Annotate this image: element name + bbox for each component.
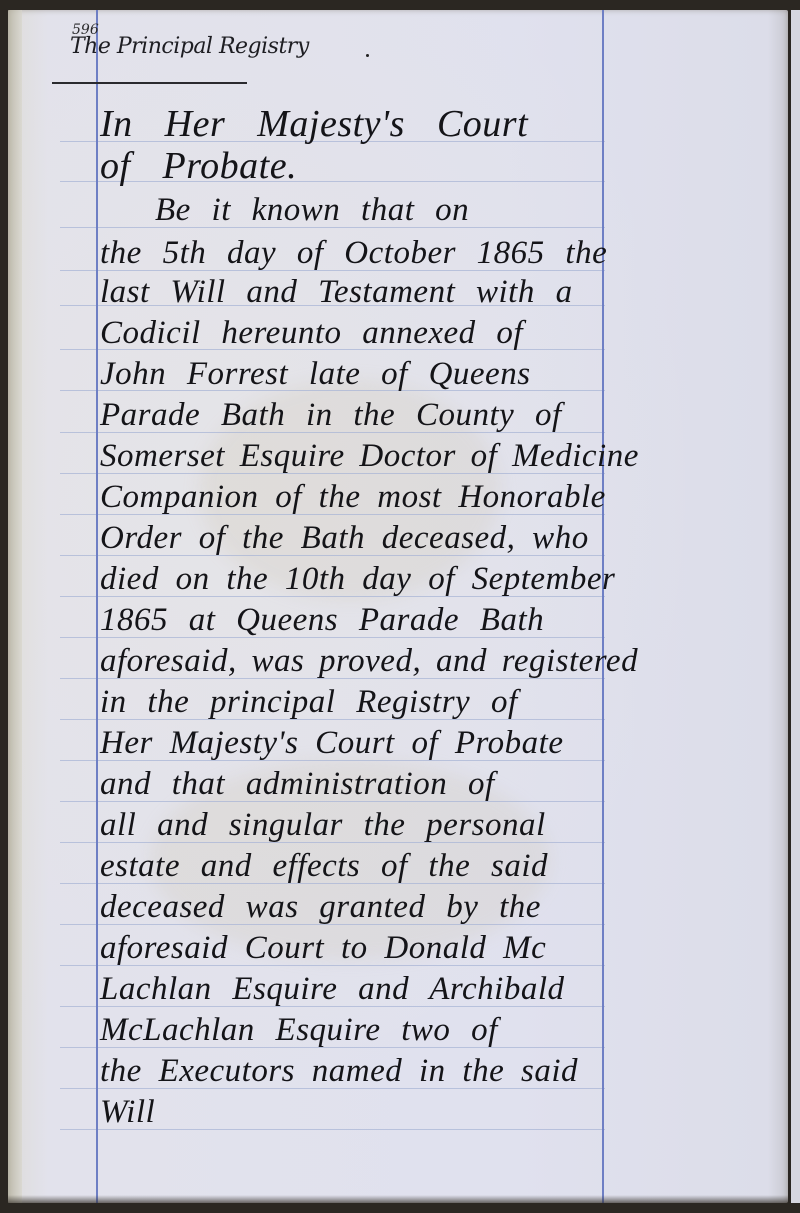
page-bottom-shadow bbox=[8, 1195, 788, 1203]
header-underline bbox=[52, 82, 247, 84]
text-line: Somerset Esquire Doctor of Medicine bbox=[100, 436, 620, 476]
text-line: all and singular the personal bbox=[100, 805, 620, 845]
text-line: last Will and Testament with a bbox=[100, 272, 620, 312]
text-line: Her Majesty's Court of Probate bbox=[100, 723, 620, 763]
text-line: Order of the Bath deceased, who bbox=[100, 518, 620, 558]
text-line: in the principal Registry of bbox=[100, 682, 620, 722]
text-line: John Forrest late of Queens bbox=[100, 354, 620, 394]
text-line: died on the 10th day of September bbox=[100, 559, 620, 599]
text-line: aforesaid Court to Donald Mc bbox=[100, 928, 620, 968]
title-line-1: In Her Majesty's Court bbox=[100, 104, 620, 144]
text-line: Will bbox=[100, 1092, 620, 1132]
text-line: deceased was granted by the bbox=[100, 887, 620, 927]
header-dot bbox=[366, 54, 369, 57]
text-line: Be it known that on bbox=[155, 190, 675, 230]
text-line: Lachlan Esquire and Archibald bbox=[100, 969, 620, 1009]
text-line: the 5th day of October 1865 the bbox=[100, 233, 620, 273]
text-line: Companion of the most Honorable bbox=[100, 477, 620, 517]
text-line: 1865 at Queens Parade Bath bbox=[100, 600, 620, 640]
text-line: McLachlan Esquire two of bbox=[100, 1010, 620, 1050]
text-line: Parade Bath in the County of bbox=[100, 395, 620, 435]
text-line: estate and effects of the said bbox=[100, 846, 620, 886]
adjacent-page-edge bbox=[788, 10, 800, 1203]
header-note: The Principal Registry bbox=[70, 34, 309, 59]
left-margin-rule bbox=[96, 10, 98, 1203]
title-line-2: of Probate. bbox=[100, 146, 620, 186]
text-line: the Executors named in the said bbox=[100, 1051, 620, 1091]
text-line: and that administration of bbox=[100, 764, 620, 804]
text-line: Codicil hereunto annexed of bbox=[100, 313, 620, 353]
page-edge-left bbox=[8, 10, 22, 1203]
scanned-ledger-page: 596 The Principal Registry In Her Majest… bbox=[0, 0, 800, 1213]
text-line: aforesaid, was proved, and registered bbox=[100, 641, 620, 681]
